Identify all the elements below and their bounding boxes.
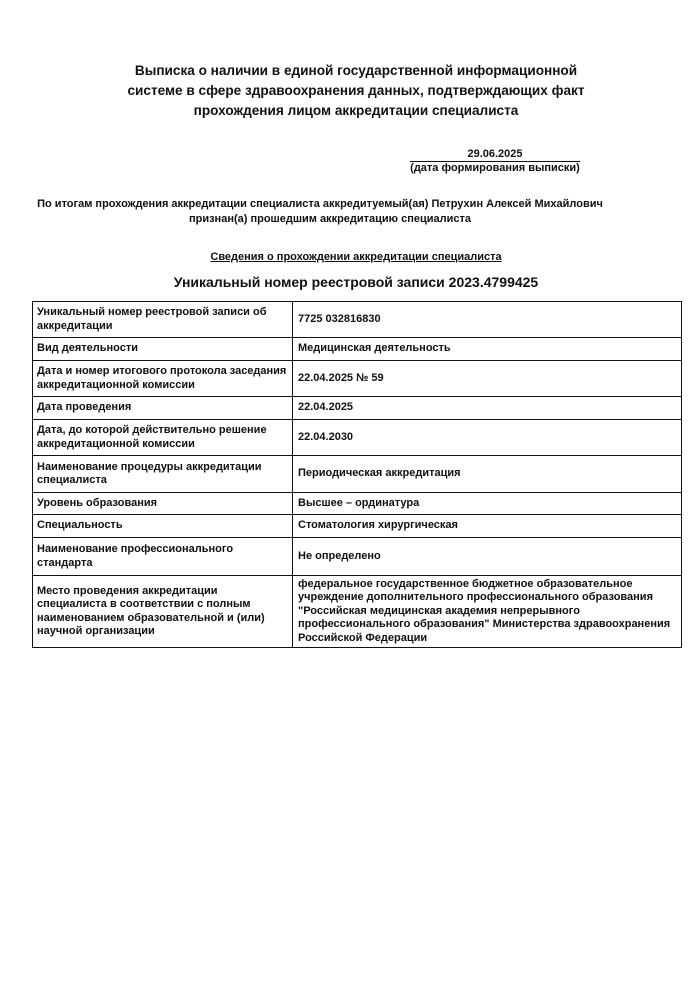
row-label: Наименование профессионального стандарта bbox=[33, 538, 293, 576]
row-label: Специальность bbox=[33, 515, 293, 538]
row-label: Уникальный номер реестровой записи об ак… bbox=[33, 302, 293, 338]
row-label: Место проведения аккредитации специалист… bbox=[33, 576, 293, 648]
result-line: признан(а) прошедшим аккредитацию специа… bbox=[20, 212, 620, 227]
row-value: Не определено bbox=[293, 538, 682, 576]
row-label: Дата, до которой действительно решение а… bbox=[33, 420, 293, 456]
row-value: Медицинская деятельность bbox=[293, 338, 682, 361]
row-label: Дата и номер итогового протокола заседан… bbox=[33, 361, 293, 397]
row-value: Высшее – ординатура bbox=[293, 493, 682, 515]
table-row: Наименование профессионального стандарта… bbox=[33, 538, 682, 576]
section-title: Сведения о прохождении аккредитации спец… bbox=[100, 251, 612, 263]
table-row: Место проведения аккредитации специалист… bbox=[33, 576, 682, 648]
document-title: Выписка о наличии в единой государственн… bbox=[100, 61, 612, 121]
row-value: федеральное государственное бюджетное об… bbox=[293, 576, 682, 648]
table-row: Наименование процедуры аккредитации спец… bbox=[33, 456, 682, 493]
title-line: Выписка о наличии в единой государственн… bbox=[100, 61, 612, 81]
title-line: прохождения лицом аккредитации специалис… bbox=[100, 101, 612, 121]
table-row: Уровень образования Высшее – ординатура bbox=[33, 493, 682, 515]
row-value: 22.04.2030 bbox=[293, 420, 682, 456]
registry-record-number: Уникальный номер реестровой записи 2023.… bbox=[100, 274, 612, 290]
row-value: Периодическая аккредитация bbox=[293, 456, 682, 493]
table-row: Специальность Стоматология хирургическая bbox=[33, 515, 682, 538]
row-label: Уровень образования bbox=[33, 493, 293, 515]
row-label: Дата проведения bbox=[33, 397, 293, 420]
accreditation-result-statement: По итогам прохождения аккредитации специ… bbox=[20, 197, 620, 227]
row-label: Наименование процедуры аккредитации спец… bbox=[33, 456, 293, 493]
table-row: Уникальный номер реестровой записи об ак… bbox=[33, 302, 682, 338]
title-line: системе в сфере здравоохранения данных, … bbox=[100, 81, 612, 101]
formation-date-caption: (дата формирования выписки) bbox=[410, 162, 580, 175]
result-line: По итогам прохождения аккредитации специ… bbox=[37, 198, 603, 210]
table-row: Дата и номер итогового протокола заседан… bbox=[33, 361, 682, 397]
table-row: Дата проведения 22.04.2025 bbox=[33, 397, 682, 420]
row-value: 7725 032816830 bbox=[293, 302, 682, 338]
table-row: Дата, до которой действительно решение а… bbox=[33, 420, 682, 456]
row-label: Вид деятельности bbox=[33, 338, 293, 361]
row-value: 22.04.2025 bbox=[293, 397, 682, 420]
accreditation-details-table: Уникальный номер реестровой записи об ак… bbox=[32, 301, 682, 648]
row-value: 22.04.2025 № 59 bbox=[293, 361, 682, 397]
row-value: Стоматология хирургическая bbox=[293, 515, 682, 538]
formation-date-block: 29.06.2025 (дата формирования выписки) bbox=[410, 148, 580, 175]
table-row: Вид деятельности Медицинская деятельност… bbox=[33, 338, 682, 361]
formation-date: 29.06.2025 bbox=[410, 148, 580, 162]
